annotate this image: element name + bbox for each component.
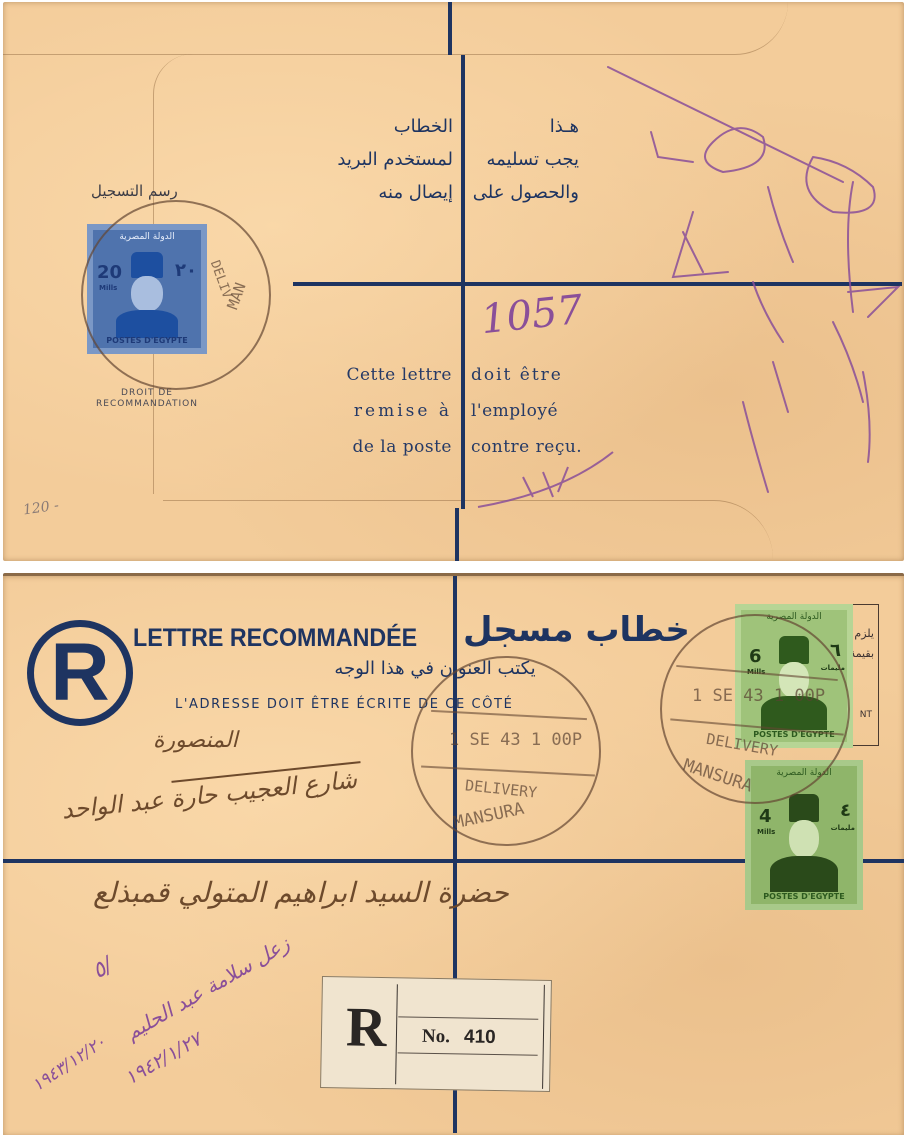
envelope-front: R LETTRE RECOMMANDÉE خطاب مسجل يكتب العن… bbox=[3, 573, 904, 1135]
purple-scribbles bbox=[603, 62, 903, 502]
postmark-stamps: 1 SE 43 1 00P DELIVERY MANSURA bbox=[660, 614, 850, 804]
purple-crossmark bbox=[473, 447, 633, 517]
address-line-city: المنصورة bbox=[153, 728, 238, 753]
arabic-instructions-right: هـذا يجب تسليمه والحصول على bbox=[469, 110, 579, 209]
purple-note-1: ٥/ bbox=[88, 953, 117, 984]
arabic-instructions-left: الخطاب لمستخدم البريد إيصال منه bbox=[293, 110, 453, 209]
pencil-note: 120 - bbox=[22, 498, 60, 519]
vertical-rule-bottom bbox=[455, 508, 459, 561]
handwritten-number: 1057 bbox=[479, 287, 585, 343]
purple-note-2: زعل سلامة عبد الحليم bbox=[121, 931, 293, 1044]
registration-number: No. 410 bbox=[422, 1025, 496, 1049]
postmark-center: 1 SE 43 1 00P DELIVERY MANSURA bbox=[411, 656, 601, 846]
title-french: LETTRE RECOMMANDÉE bbox=[133, 624, 417, 653]
address-line-street: شارع العجيب حارة عبد الواحد bbox=[60, 766, 358, 825]
top-flap bbox=[3, 2, 788, 55]
envelope-back: هـذا يجب تسليمه والحصول على الخطاب لمستخ… bbox=[3, 2, 904, 561]
address-line-recipient: حضرة السيد ابراهيم المتولي قمبذلع bbox=[93, 876, 509, 909]
back-postmark: DELIV MAN bbox=[81, 200, 271, 390]
title-arabic: خطاب مسجل bbox=[463, 610, 690, 650]
indicium-caption: DROIT DE RECOMMANDATION bbox=[77, 388, 217, 410]
king-portrait bbox=[768, 788, 840, 892]
vertical-rule-top bbox=[448, 2, 452, 55]
subtitle-arabic: يكتب العنوان في هذا الوجه bbox=[225, 658, 645, 679]
purple-note-4: ١٩٤٣/١٢/٢٠ bbox=[29, 1032, 110, 1096]
bottom-flap bbox=[163, 500, 773, 559]
french-instructions-left: Cette lettre remise à de la poste bbox=[300, 357, 452, 465]
registered-r-symbol: R bbox=[27, 620, 133, 726]
indicium-arabic-caption: رسم التسجيل bbox=[91, 182, 178, 200]
registration-label: R No. 410 bbox=[320, 976, 552, 1092]
